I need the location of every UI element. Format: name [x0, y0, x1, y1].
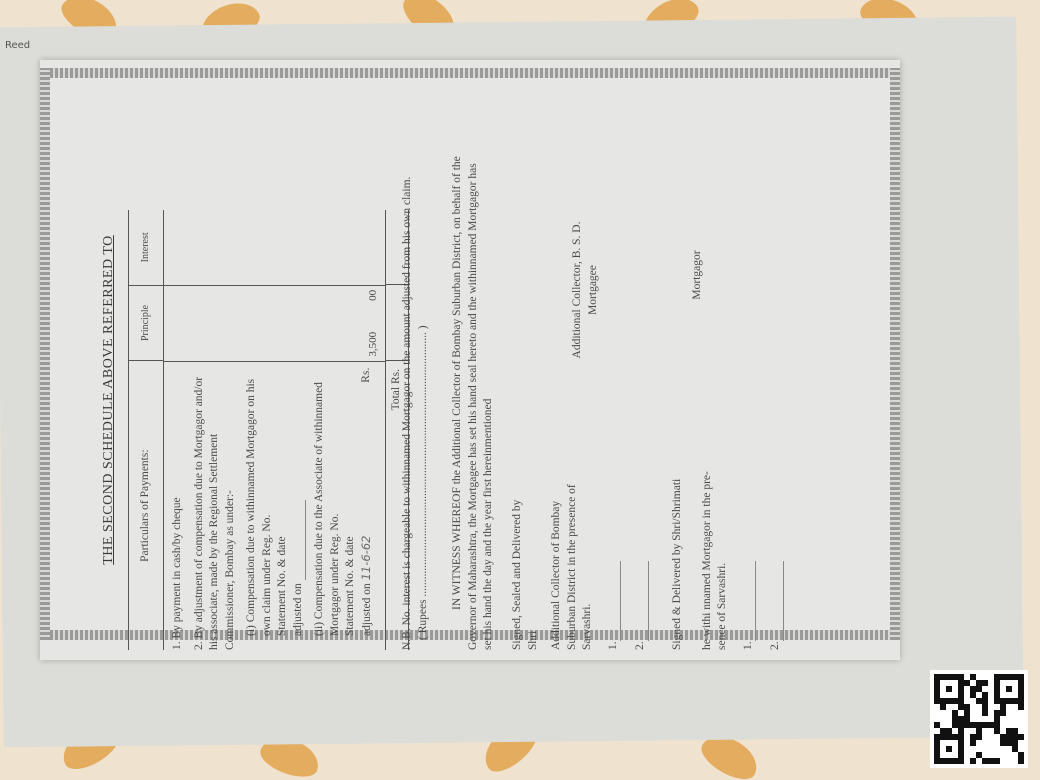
adjusted-label: adjusted on	[292, 583, 304, 636]
sub-item-text: Compensation due to the Associate of wit…	[313, 382, 341, 636]
payments-table: Particulars of Payments: Principle Inter…	[128, 210, 409, 650]
signed-line: Sarvashri.	[580, 450, 596, 650]
witness-line	[610, 561, 621, 641]
item-number: 2.	[193, 641, 205, 650]
nb-text: N.B. No. interest is chargeable to withi…	[400, 150, 416, 650]
border-left	[40, 68, 50, 640]
mortgagee-title: Additional Collector, B. S. D.	[570, 190, 586, 390]
sub-item: (i) Compensation due to withinnamed Mort…	[244, 368, 306, 650]
statement-label: Statement No. & date	[276, 536, 288, 636]
principle-cell: 3,500 00	[164, 285, 385, 361]
witness-line	[745, 561, 756, 641]
signed-line: Signed & Delivered by Shri/Shrimati	[670, 450, 686, 650]
adjusted-label: adjusted on	[361, 583, 373, 636]
mortgagor-signed-block: Signed & Delivered by Shri/Shrimati he w…	[670, 450, 784, 650]
blank-line	[295, 500, 306, 580]
signed-line: Shri	[526, 450, 542, 650]
statement-label: Statement No. & date	[344, 536, 356, 636]
principal-amount: 3,500 00	[366, 290, 381, 357]
sub-item-text: Compensation due to withinnamed Mortgago…	[245, 379, 273, 636]
signed-line: he withi nnamed Mortgagor in the pre-	[700, 450, 716, 650]
currency-label: Rs.	[359, 368, 375, 383]
witness-line	[773, 561, 784, 641]
mortgagor-role: Mortgagor	[690, 200, 706, 350]
mortgagee-role: Mortgagee	[586, 190, 602, 390]
interest-cell	[164, 210, 385, 285]
handwritten-date: 11-6-62	[359, 536, 373, 581]
item-text: By payment in cash/by cheque	[171, 497, 183, 638]
witness-clause: IN WITNESS WHEREOF the Additional Collec…	[450, 150, 497, 650]
witness-number: 2.	[634, 641, 646, 650]
nb-note: N.B. No. interest is chargeable to withi…	[400, 150, 431, 650]
border-top	[40, 68, 900, 78]
item-number: 1.	[171, 641, 183, 650]
witness-line	[638, 561, 649, 641]
item-text: By adjustment of compensation due to Mor…	[193, 377, 236, 650]
rupees-close: )	[417, 325, 429, 329]
header-principle: Principle	[129, 285, 163, 361]
rotated-document-content: THE SECOND SCHEDULE ABOVE REFERRED TO Pa…	[100, 150, 860, 650]
witness-number: 1.	[607, 641, 619, 650]
margin-note: Reed	[5, 40, 65, 51]
list-item: 2. By adjustment of compensation due to …	[192, 368, 239, 650]
schedule-title: THE SECOND SCHEDULE ABOVE REFERRED TO	[100, 150, 119, 650]
sub-item-number: (ii)	[313, 622, 325, 636]
table-header: Particulars of Payments: Principle Inter…	[129, 210, 164, 650]
list-item: 1. By payment in cash/by cheque	[170, 368, 186, 650]
signed-line: sence of Sarvashri.	[715, 450, 731, 650]
signed-line: Signed, Sealed and Delivered by	[510, 450, 526, 650]
header-interest: Interest	[129, 210, 163, 285]
border-right	[890, 68, 900, 640]
particulars-cell: 1. By payment in cash/by cheque 2. By ad…	[164, 361, 385, 650]
header-particulars: Particulars of Payments:	[129, 360, 163, 650]
sub-item-number: (i)	[245, 625, 257, 636]
rupees-label: ( Rupees	[417, 599, 429, 640]
witness-number: 1.	[742, 641, 754, 650]
sub-item: (ii) Compensation due to the Associate o…	[312, 368, 375, 650]
principal-paise: 00	[366, 290, 381, 301]
mortgagee-signature: Additional Collector, B. S. D. Mortgagee	[570, 190, 601, 390]
qr-code-icon	[930, 670, 1028, 768]
table-body: 1. By payment in cash/by cheque 2. By ad…	[164, 210, 385, 650]
signed-line: Additional Collector of Bombay	[549, 450, 565, 650]
signed-line: Suburban District in the presence of	[565, 450, 581, 650]
witness-number: 2.	[769, 641, 781, 650]
principal-rupees: 3,500	[366, 332, 381, 357]
mortgagee-signed-block: Signed, Sealed and Delivered by Shri Add…	[510, 450, 649, 650]
